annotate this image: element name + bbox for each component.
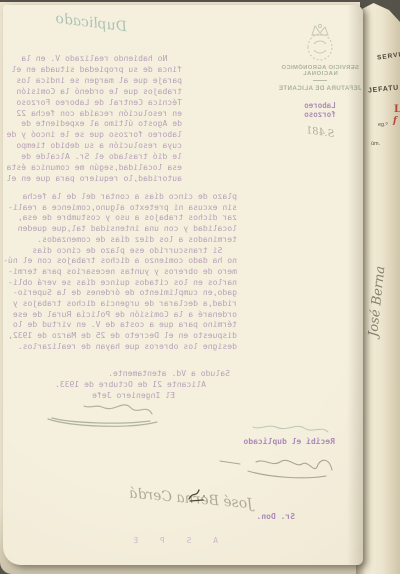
handwritten-ref-number: S.481 xyxy=(277,121,364,144)
letter-line: No habiendo realizado V. en la xyxy=(6,53,182,64)
next-sheet-vertical-handwriting: José Berna xyxy=(366,137,400,337)
letter-line: esa localidad,según me comunica ésta xyxy=(6,162,182,173)
letter-line: laboreo forzoso que se le incoó y de xyxy=(6,129,182,140)
letter-line: cuya resolución a su debido tiempo xyxy=(6,140,182,151)
letter-line: ordenaré a la Comisión de Policía Rural … xyxy=(0,309,237,320)
next-sheet-num-fragment: úm. xyxy=(371,141,380,147)
letter-line: finca de su propiedad situada en el xyxy=(6,64,182,75)
letter-line: autoridad,lo requiero para que en el xyxy=(6,173,182,184)
mirrored-showthrough-layer: Duplicado SERVICIO AGRONÓMICO NACIONAL J… xyxy=(3,5,363,565)
received-duplicate-label: Recibí el duplicado xyxy=(243,437,335,446)
letter-line: zar dichos trabajos a uso y costumbre de… xyxy=(0,212,237,223)
letter-line: gado,en cumplimiento de órdenes de la Su… xyxy=(0,287,237,298)
town-mark: A S P E xyxy=(125,536,218,545)
letter-farewell: Saludo a Vd. atentamente. xyxy=(108,368,230,378)
letter-line: paraje que al margen se indica los xyxy=(6,75,182,86)
letter-line: narlos en los citados quince días se ver… xyxy=(0,277,237,288)
next-sheet-red-fragment-1: L xyxy=(394,104,400,115)
subject-label-line2: forzoso xyxy=(277,110,363,119)
letter-page-verso: Duplicado SERVICIO AGRONÓMICO NACIONAL J… xyxy=(3,5,363,565)
letter-line: plazo de cinco días a contar del de la f… xyxy=(0,191,237,202)
letter-line: le dió traslado el Sr. Alcalde de xyxy=(6,151,182,162)
handwritten-top-annotation: Duplicado xyxy=(55,11,128,36)
letter-line: localidad y con una intensidad tal,que q… xyxy=(0,223,237,234)
letter-line: sin excusa ni pretexto alguno,comience a… xyxy=(0,202,237,213)
recipient-signature-icon xyxy=(216,448,338,480)
letter-line: Técnica Central de Laboreo Forzoso xyxy=(6,97,182,108)
letter-line: de Agosto último al expediente de xyxy=(6,118,182,129)
letter-line: en resolución recaída con fecha 22 xyxy=(6,108,182,119)
handwritten-signature-flourish-icon xyxy=(45,398,160,428)
next-sheet-reg-fragment: eg.º xyxy=(378,122,388,128)
letter-line: dispuesto en el Decreto de 25 de Marzo d… xyxy=(0,330,237,341)
dark-ink-check-mark-icon xyxy=(186,487,206,504)
letterhead-divider xyxy=(313,80,327,81)
handwritten-note-squiggle-icon xyxy=(250,423,330,436)
letter-line: mero de obreros y yuntas necesarios para… xyxy=(0,266,237,277)
addressee-prefix: Sr. Don. xyxy=(256,512,295,521)
letterhead: SERVICIO AGRONÓMICO NACIONAL JEFATURA DE… xyxy=(277,20,363,138)
scanned-document: SERVI JEFATU L f eg.º úm. José Berna Dup… xyxy=(0,0,400,574)
letter-line: término para que a costa de V. en virtud… xyxy=(0,319,237,330)
subject-label-line1: Laboreo xyxy=(277,101,363,110)
letter-line: designe los obreros que hayan de realiza… xyxy=(0,341,237,352)
letter-line: no ha dado comienzo a dichos trabajos co… xyxy=(0,255,237,266)
coat-of-arms-icon xyxy=(297,20,343,62)
letter-body-narrow-column: No habiendo realizado V. en lafinca de s… xyxy=(6,53,182,184)
letter-body-wide-column: plazo de cinco días a contar del de la f… xyxy=(0,191,237,352)
next-sheet-service-fragment: SERVI xyxy=(377,51,400,61)
letterhead-service-line2: NACIONAL xyxy=(277,71,363,77)
letter-line: terminados a los diez días de comenzados… xyxy=(0,234,237,245)
letter-line: trabajos que le ordenó la Comisión xyxy=(6,86,182,97)
letterhead-office: JEFATURA DE ALICANTE xyxy=(277,85,363,92)
letter-line: ridad,a declarar de urgencia dichos trab… xyxy=(0,298,237,309)
letter-dateline: Alicante 21 de Octubre de 1933. xyxy=(55,379,206,389)
letter-line: Si transcurrido ese plazo de cinco días xyxy=(0,245,237,256)
next-sheet-office-fragment: JEFATU xyxy=(368,84,400,94)
next-sheet-red-fragment-2: f xyxy=(393,116,397,126)
